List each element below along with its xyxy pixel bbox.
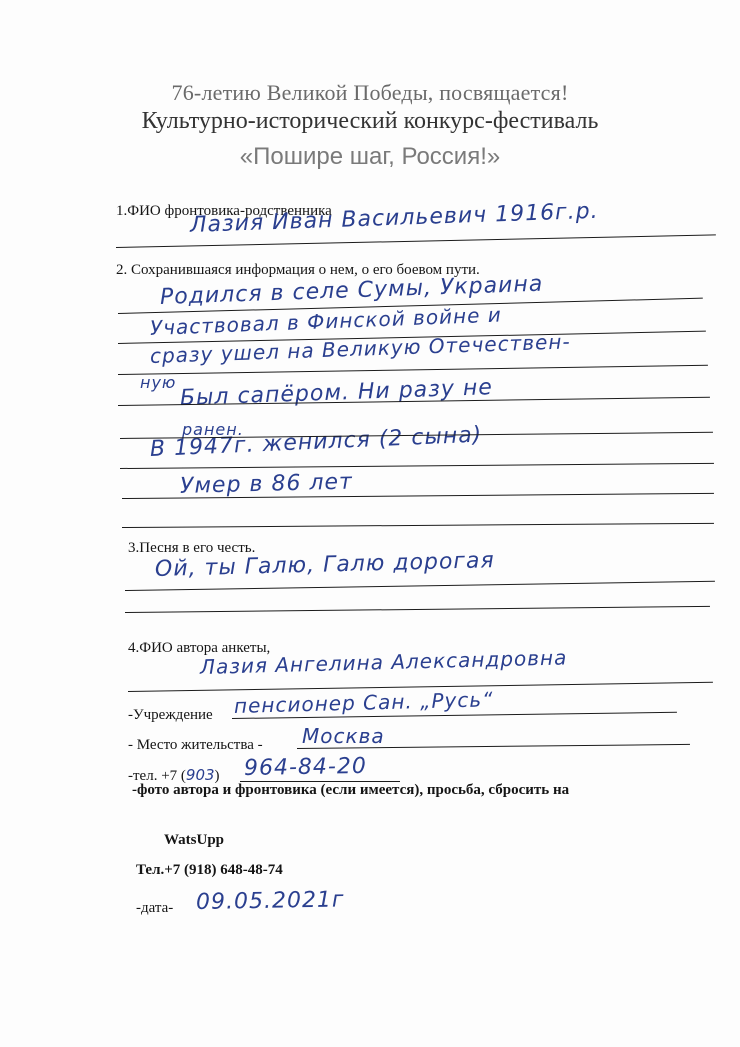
dedication-heading: 76-летию Великой Победы, посвящается! <box>0 80 740 106</box>
festival-title: Культурно-исторический конкурс-фестиваль <box>0 108 740 135</box>
ruled-line <box>120 463 714 470</box>
ruled-line <box>118 365 708 376</box>
residence-label: - Место жительства - <box>128 737 263 754</box>
ruled-line <box>122 523 714 529</box>
festival-slogan: «Пошире шаг, Россия!» <box>0 143 740 171</box>
institution-value[interactable]: пенсионер Сан. „Русь“ <box>234 687 494 718</box>
questionnaire-page: 76-летию Великой Победы, посвящается! Ку… <box>0 0 740 1047</box>
messenger-label: WatsUpp <box>164 832 224 849</box>
date-label: -дата- <box>136 900 173 917</box>
institution-label: -Учреждение <box>128 707 213 724</box>
residence-value[interactable]: Москва <box>302 724 385 748</box>
battle-path-line-4[interactable]: ную <box>140 373 176 392</box>
contact-phone: Тел.+7 (918) 648-48-74 <box>136 862 283 879</box>
photo-note: -фото автора и фронтовика (если имеется)… <box>132 782 569 799</box>
date-value[interactable]: 09.05.2021г <box>196 887 345 915</box>
battle-path-line-5[interactable]: Был сапёром. Ни разу не <box>180 375 494 411</box>
song-line <box>125 581 715 592</box>
battle-path-line-8[interactable]: Умер в 86 лет <box>180 469 353 499</box>
song-line-2 <box>125 606 710 614</box>
phone-value[interactable]: 964-84-20 <box>244 754 367 781</box>
